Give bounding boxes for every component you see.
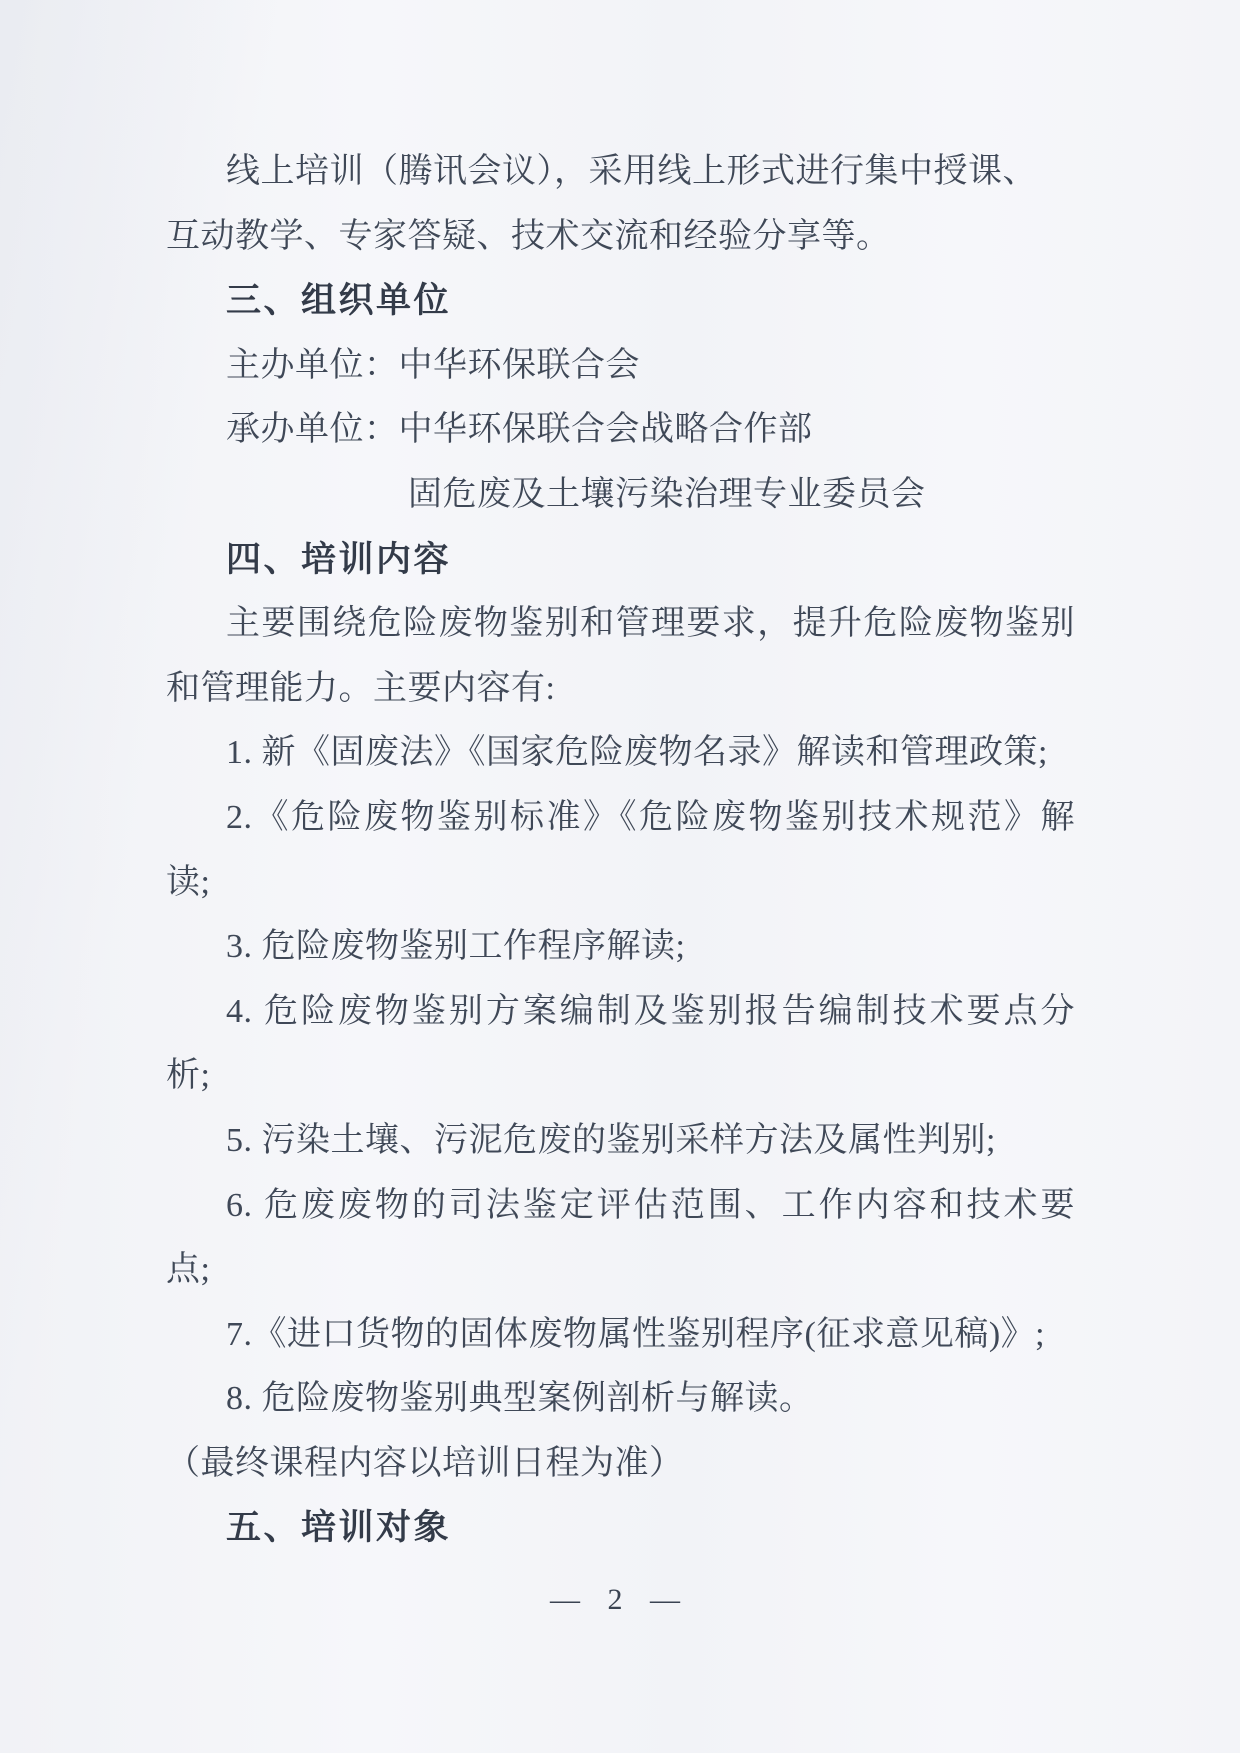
note-line: （最终课程内容以培训日程为准） xyxy=(166,1432,1075,1497)
list-item-6-continued: 点; xyxy=(166,1238,1075,1303)
list-item-5: 5. 污染土壤、污泥危废的鉴别采样方法及属性判别; xyxy=(166,1109,1075,1174)
list-item-2: 2.《危险废物鉴别标准》《危险废物鉴别技术规范》解 xyxy=(166,786,1075,851)
list-item-1: 1. 新《固废法》《国家危险废物名录》解读和管理政策; xyxy=(166,721,1075,786)
paragraph-line: 主要围绕危险废物鉴别和管理要求，提升危险废物鉴别 xyxy=(166,592,1075,657)
host-unit-line: 主办单位：中华环保联合会 xyxy=(166,334,1075,399)
section-heading-4-content: 四、培训内容 xyxy=(166,528,1075,593)
list-item-4: 4. 危险废物鉴别方案编制及鉴别报告编制技术要点分 xyxy=(166,980,1075,1045)
organizer-unit-line: 承办单位：中华环保联合会战略合作部 xyxy=(166,398,1075,463)
organizer-unit-line-2: 固危废及土壤污染治理专业委员会 xyxy=(166,463,1075,528)
list-item-8: 8. 危险废物鉴别典型案例剖析与解读。 xyxy=(166,1367,1075,1432)
list-item-2-continued: 读; xyxy=(166,851,1075,916)
list-item-7: 7.《进口货物的固体废物属性鉴别程序(征求意见稿)》; xyxy=(166,1303,1075,1368)
list-item-4-continued: 析; xyxy=(166,1044,1075,1109)
section-heading-5-audience: 五、培训对象 xyxy=(166,1496,1075,1561)
paragraph-line: 线上培训（腾讯会议），采用线上形式进行集中授课、 xyxy=(166,140,1075,205)
list-item-3: 3. 危险废物鉴别工作程序解读; xyxy=(166,915,1075,980)
page-number: — 2 — xyxy=(0,1578,1240,1622)
section-heading-3-organizers: 三、组织单位 xyxy=(166,269,1075,334)
list-item-6: 6. 危废废物的司法鉴定评估范围、工作内容和技术要 xyxy=(166,1174,1075,1239)
paragraph-line: 互动教学、专家答疑、技术交流和经验分享等。 xyxy=(166,205,1075,270)
paragraph-line: 和管理能力。主要内容有: xyxy=(166,657,1075,722)
document-body: 线上培训（腾讯会议），采用线上形式进行集中授课、 互动教学、专家答疑、技术交流和… xyxy=(166,140,1075,1561)
